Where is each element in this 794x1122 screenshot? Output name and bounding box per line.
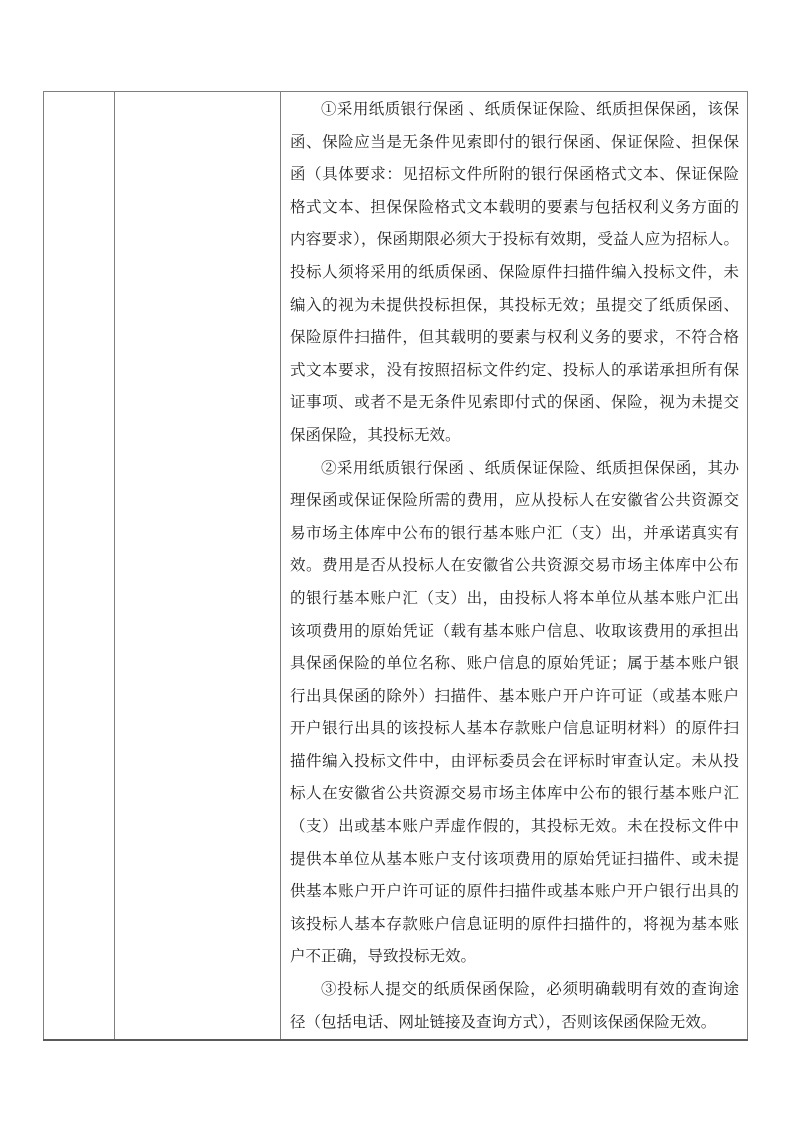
empty-cell-middle: [115, 92, 281, 1041]
empty-cell-left: [44, 92, 115, 1041]
table-row: ①采用纸质银行保函 、纸质保证保险、纸质担保保函，该保函、保险应当是无条件见索即…: [44, 92, 748, 1041]
paragraph-3-query-channel-requirements: ③投标人提交的纸质保函保险，必须明确载明有效的查询途径（包括电话、网址链接及查询…: [290, 974, 739, 1039]
content-cell: ①采用纸质银行保函 、纸质保证保险、纸质担保保函，该保函、保险应当是无条件见索即…: [281, 92, 748, 1041]
paragraph-2-guarantee-fee-payment-requirements: ②采用纸质银行保函 、纸质保证保险、纸质担保保函，其办理保函或保证保险所需的费用…: [290, 453, 739, 975]
document-page: ①采用纸质银行保函 、纸质保证保险、纸质担保保函，该保函、保险应当是无条件见索即…: [0, 0, 794, 1122]
paragraph-1-paper-guarantee-requirements: ①采用纸质银行保函 、纸质保证保险、纸质担保保函，该保函、保险应当是无条件见索即…: [290, 94, 739, 453]
document-table: ①采用纸质银行保函 、纸质保证保险、纸质担保保函，该保函、保险应当是无条件见索即…: [43, 91, 748, 1041]
